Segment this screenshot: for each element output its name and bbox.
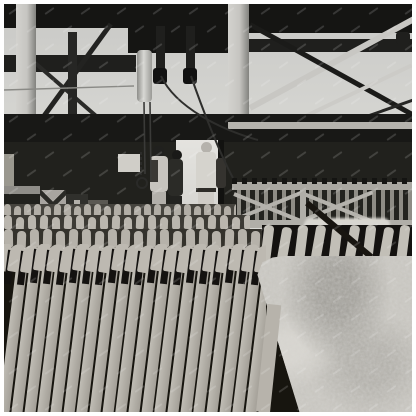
plate xyxy=(184,215,192,229)
anode-front-row xyxy=(4,244,266,412)
plate-row-mid xyxy=(4,215,250,230)
plate xyxy=(244,215,250,229)
plate xyxy=(28,215,36,229)
plate xyxy=(172,215,180,229)
plate xyxy=(4,215,12,229)
plate xyxy=(100,215,108,229)
photo-scene xyxy=(4,4,412,412)
plate xyxy=(136,215,144,229)
plate xyxy=(112,215,120,229)
plate xyxy=(64,215,72,229)
plate xyxy=(220,215,228,229)
plate xyxy=(208,215,216,229)
plate xyxy=(148,215,156,229)
plate xyxy=(76,215,84,229)
plate xyxy=(40,215,48,229)
photograph-frame xyxy=(0,0,416,416)
